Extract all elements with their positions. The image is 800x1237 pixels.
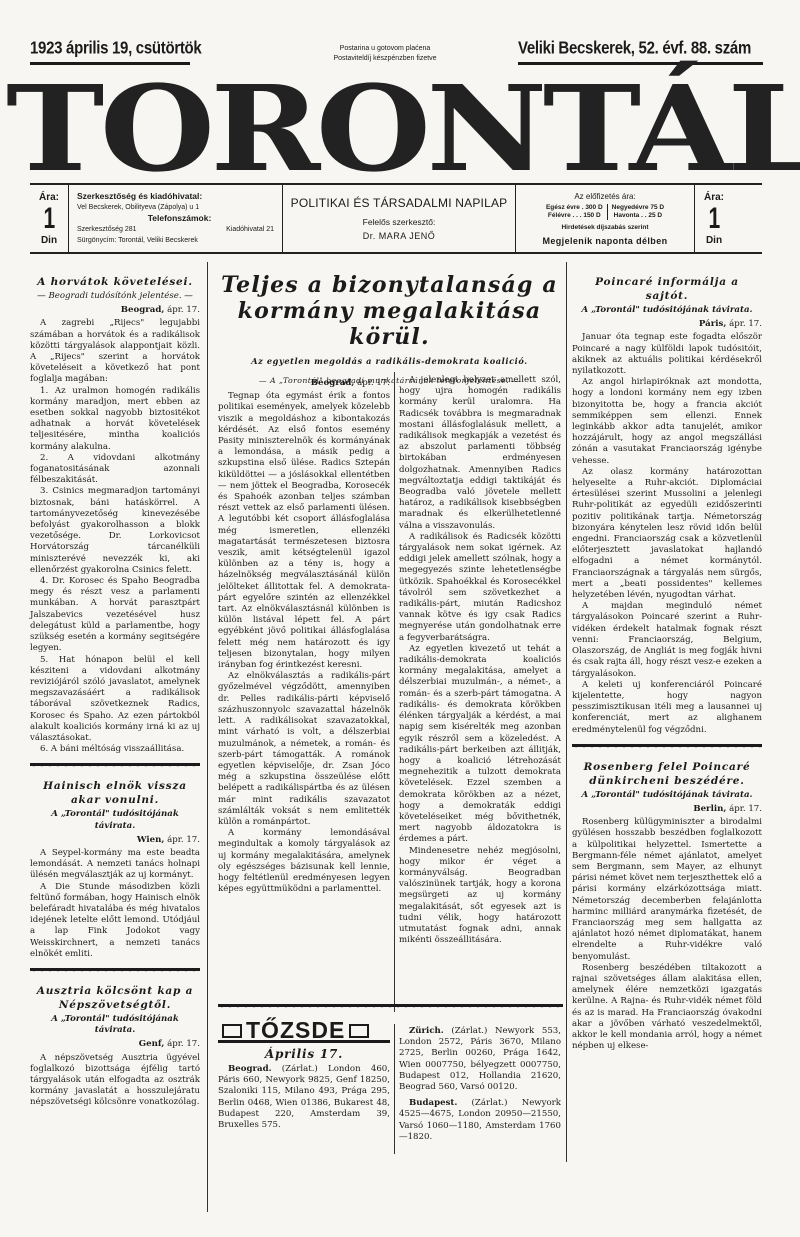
lead-subhead: Az egyetlen megoldás a radikális-demokra… [212,356,567,366]
article-poincare: Poincaré informálja a sajtót. A „Torontá… [572,275,762,736]
lead-article-header: Teljes a bizonytalanság a kormány megala… [212,272,567,385]
paragraph: A keleti uj konferenciáról Poincaré kije… [572,680,762,736]
article-austria-loan: Ausztria kölcsönt kap a Népszövetségtől.… [30,984,200,1109]
dateline-city: Genf, [139,1039,165,1049]
decorative-icon [222,1024,242,1038]
dateline: Beograd, ápr. 17. [218,378,390,389]
paragraph: A Die Stunde másodizben közli feltünő fo… [30,882,200,960]
article-title: Hainisch elnök vissza akar vonulni. [30,779,200,807]
dateline-city: Beograd, [121,305,165,315]
phone-editorial: Szerkesztőség 281 [77,224,137,235]
dateline-date: ápr. 17. [726,319,762,329]
paragraph: A majdan meginduló német tárgyalásokon P… [572,601,762,679]
rate: Egész évre . 300 D [546,204,608,212]
paragraph: Tegnap óta egymást érik a fontos politik… [218,391,390,671]
paragraph: A radikálisok és Radicsék közötti tárgya… [399,532,561,644]
price-right: Ára: 1 Din [695,185,733,252]
column-rule [207,262,208,1212]
column-rule [566,262,567,1162]
paragraph: A jelenlegi helyzet amellett szól, hogy … [399,375,561,532]
left-column: A horvátok követelései. — Beogradi tudós… [30,275,200,1109]
paragraph: 4. Dr. Korosec és Spaho Beogradba megy é… [30,576,200,654]
dateline-city: Berlin, [693,804,726,814]
subscription-heading: Az előfizetés ára: [574,192,635,201]
dateline: Beograd, ápr. 17. [30,305,200,316]
phones-heading: Telefonszámok: [77,213,282,224]
article-title: Poincaré informálja a sajtót. [572,275,762,303]
editor-name: Dr. MARA JENŐ [363,231,436,241]
ads-note: Hirdetések díjszabás szerint [561,224,648,231]
article-source: A „Torontál" tudósitójának távirata. [30,1014,200,1036]
dateline-date: ápr. 17. [354,378,390,388]
phone-office: Kiadóhivatal 21 [226,224,274,235]
article-source: — Beogradi tudósítónk jelentése. — [30,291,200,302]
price-value: 1 [708,203,720,235]
lead-column-1: Beograd, ápr. 17. Tegnap óta egymást éri… [218,375,390,895]
column-rule [394,1024,395,1154]
column-rule [394,372,395,1012]
decorative-icon [349,1024,369,1038]
dateline: Genf, ápr. 17. [30,1039,200,1050]
wavy-divider [30,763,200,771]
price-value: 1 [43,203,55,235]
wavy-divider [572,744,762,752]
dateline-city: Páris, [699,319,726,329]
price-unit: Din [41,235,57,246]
dateline-date: ápr. 17. [164,305,200,315]
market-city: Beograd. [228,1064,272,1074]
paragraph: 3. Csinics megmaradjon tartományi biztos… [30,486,200,576]
paragraph: Rosenberg beszédében tiltakozott a rajna… [572,963,762,1053]
dateline-date: ápr. 17. [726,804,762,814]
market-budapest: Budapest. (Zárlat.) Newyork 4525—4675, L… [399,1098,561,1143]
right-column: Poincaré informálja a sajtót. A „Torontá… [572,275,762,1052]
article-source: A „Torontál" tudósitójának távirata. [572,305,762,316]
paragraph: A zagrebi „Rijecs" legujabbi számában a … [30,318,200,385]
address: Vel Becskerek, Obilityeva (Zápolya) u 1 [77,202,282,213]
market-city: Zürich. [409,1026,444,1036]
postal-line: Postarina u gotovom plaćena [300,44,470,54]
paragraph: A népszövetség Ausztria ügyével foglalko… [30,1053,200,1109]
paragraph: Az egyetlen kivezető ut tehát a radikáli… [399,644,561,846]
paragraph: Mindenesetre nehéz megjósolni, hogy miko… [399,846,561,947]
paragraph: A Seypel-kormány ma este beadta lemondás… [30,848,200,882]
lead-column-2: A jelenlegi helyzet amellett szól, hogy … [399,375,561,946]
telegram-address: Sürgönycím: Torontál, Veliki Becskerek [77,235,282,246]
paragraph: A kormány lemondásával megindultak a kom… [218,828,390,895]
price-unit: Din [706,235,722,246]
rate: Negyedévre 75 D [608,204,664,212]
dateline-city: Beograd, [311,378,355,388]
dateline: Berlin, ápr. 17. [572,804,762,815]
issue-date: 1923 április 19, csütörtök [30,39,201,59]
price-left: Ára: 1 Din [30,185,69,252]
rate: Félévre . . . 150 D [546,212,608,220]
article-source: A „Torontál" tudósitójának távirata. [30,809,200,831]
contact-info: Szerkesztőség és kiadóhivatal: Vel Becsk… [69,185,283,252]
paragraph: Az angol hirlapiróknak azt mondotta, hog… [572,377,762,467]
wavy-divider [30,968,200,976]
editor-label: Felelős szerkesztő: [363,217,436,227]
publication-note: Megjelenik naponta délben [542,236,667,246]
article-croat-demands: A horvátok követelései. — Beogradi tudós… [30,275,200,755]
tozsde-title: TŐZSDE [246,1025,345,1036]
paragraph: Az elnökválasztás a radikális-párt győze… [218,671,390,828]
article-title: A horvátok követelései. [30,275,200,289]
paper-type: POLITIKAI ÉS TÁRSADALMI NAPILAP [291,196,508,210]
stock-exchange-right: Zürich. (Zárlat.) Newyork 553, London 25… [399,1026,561,1143]
tozsde-logo: TŐZSDE [218,1024,390,1043]
subscription-rates: Egész évre . 300 D Negyedévre 75 D Félév… [546,204,664,220]
dateline: Páris, ápr. 17. [572,319,762,330]
lead-headline: Teljes a bizonytalanság a kormány megala… [212,272,567,350]
contact-heading: Szerkesztőség és kiadóhivatal: [77,191,282,202]
phones-row: Szerkesztőség 281 Kiadóhivatal 21 [77,224,282,235]
market-zurich: Zürich. (Zárlat.) Newyork 553, London 25… [399,1026,561,1093]
paragraph: 2. A vidovdani alkotmány foganatositásán… [30,453,200,487]
dateline-date: ápr. 17. [164,835,200,845]
article-title: Rosenberg felel Poincaré dünkircheni bes… [572,760,762,788]
paragraph: 1. Az uralmon homogén radikális kormány … [30,386,200,453]
market-beograd: Beograd. (Zárlat.) London 460, Páris 660… [218,1064,390,1131]
paragraph: Rosenberg külügyminiszter a birodalmi gy… [572,817,762,963]
stock-exchange-left: TŐZSDE Április 17. Beograd. (Zárlat.) Lo… [218,1024,390,1131]
rate: Havonta . . 25 D [608,212,664,220]
article-title: Ausztria kölcsönt kap a Népszövetségtől. [30,984,200,1012]
paragraph: 6. A báni méltóság visszaállitása. [30,744,200,755]
market-city: Budapest. [409,1098,457,1108]
info-bar: Ára: 1 Din Szerkesztőség és kiadóhivatal… [30,183,762,254]
paragraph: Januar óta tegnap este fogadta először P… [572,332,762,377]
issue-number: Veliki Becskerek, 52. évf. 88. szám [518,39,751,59]
article-source: A „Torontál" tudósitójának távirata. [572,790,762,801]
tozsde-date: Április 17. [218,1047,390,1061]
wavy-divider [218,1004,563,1012]
masthead-title: TORONTÁL [6,74,790,194]
article-hainisch: Hainisch elnök vissza akar vonulni. A „T… [30,779,200,960]
dateline-date: ápr. 17. [164,1039,200,1049]
article-rosenberg: Rosenberg felel Poincaré dünkircheni bes… [572,760,762,1053]
paragraph: 5. Hat hónapon belül el kell késziteni a… [30,655,200,745]
paragraph: Az olasz kormány határozottan helyeselte… [572,467,762,601]
dateline: Wien, ápr. 17. [30,835,200,846]
dateline-city: Wien, [137,835,164,845]
paper-motto: POLITIKAI ÉS TÁRSADALMI NAPILAP Felelős … [283,185,516,252]
subscription-info: Az előfizetés ára: Egész évre . 300 D Ne… [516,185,695,252]
